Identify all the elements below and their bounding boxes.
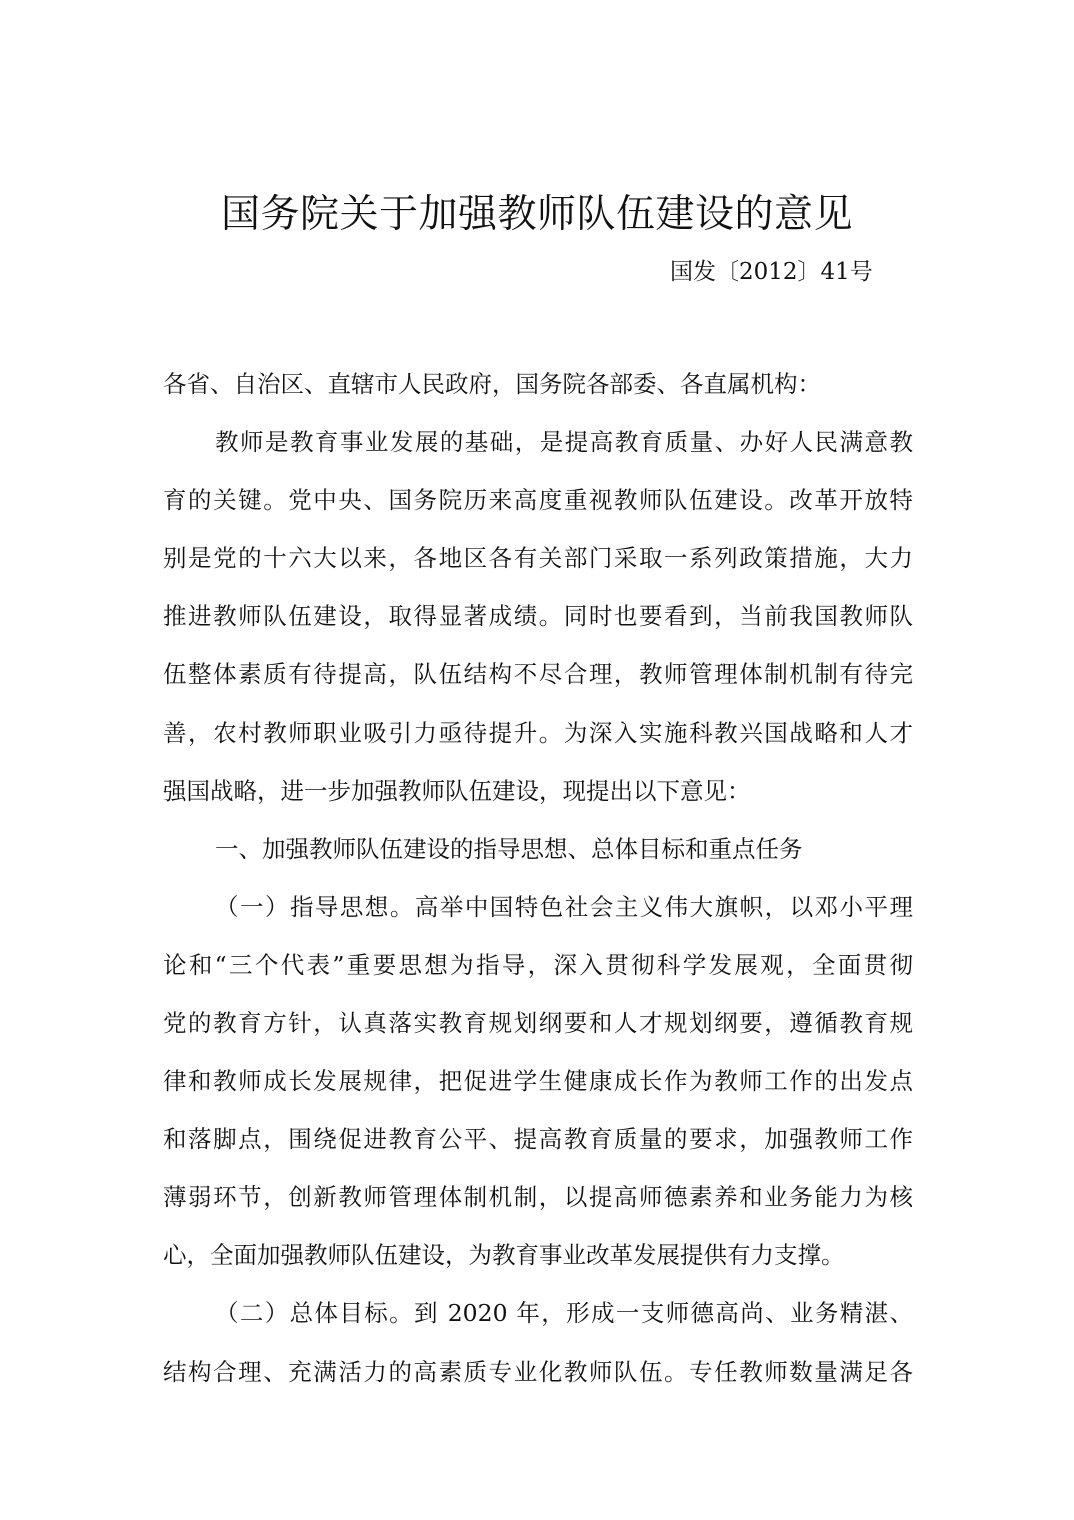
body-line: 一、加强教师队伍建设的指导思想、总体目标和重点任务 — [215, 832, 913, 866]
body-line: 论和“三个代表”重要思想为指导，深入贯彻科学发展观，全面贯彻 — [163, 948, 913, 982]
body-line: 别是党的十六大以来，各地区各有关部门采取一系列政策措施，大力 — [163, 541, 913, 575]
body-line: 善，农村教师职业吸引力亟待提升。为深入实施科教兴国战略和人才 — [163, 716, 913, 750]
body-line: 心，全面加强教师队伍建设，为教育事业改革发展提供有力支撑。 — [163, 1238, 913, 1272]
body-line: 党的教育方针，认真落实教育规划纲要和人才规划纲要，遵循教育规 — [163, 1006, 913, 1040]
body-line: 律和教师成长发展规律，把促进学生健康成长作为教师工作的出发点 — [163, 1064, 913, 1098]
body-line: 伍整体素质有待提高，队伍结构不尽合理，教师管理体制机制有待完 — [163, 657, 913, 691]
body-line: （一）指导思想。高举中国特色社会主义伟大旗帜，以邓小平理 — [215, 890, 913, 924]
body-line: 结构合理、充满活力的高素质专业化教师队伍。专任教师数量满足各 — [163, 1355, 913, 1389]
document-title: 国务院关于加强教师队伍建设的意见 — [0, 190, 1074, 240]
document-page: 国务院关于加强教师队伍建设的意见 国发〔2012〕41号 各省、自治区、直辖市人… — [0, 0, 1074, 1520]
body-line: 育的关键。党中央、国务院历来高度重视教师队伍建设。改革开放特 — [163, 483, 913, 517]
body-line: 教师是教育事业发展的基础，是提高教育质量、办好人民满意教 — [215, 425, 913, 459]
body-line: 各省、自治区、直辖市人民政府，国务院各部委、各直属机构： — [163, 367, 913, 401]
body-line: 薄弱环节，创新教师管理体制机制，以提高师德素养和业务能力为核 — [163, 1180, 913, 1214]
document-number: 国发〔2012〕41号 — [670, 255, 873, 289]
body-line: 和落脚点，围绕促进教育公平、提高教育质量的要求，加强教师工作 — [163, 1122, 913, 1156]
body-line: （二）总体目标。到 2020 年，形成一支师德高尚、业务精湛、 — [215, 1296, 913, 1330]
body-line: 强国战略，进一步加强教师队伍建设，现提出以下意见： — [163, 774, 913, 808]
body-line: 推进教师队伍建设，取得显著成绩。同时也要看到，当前我国教师队 — [163, 599, 913, 633]
